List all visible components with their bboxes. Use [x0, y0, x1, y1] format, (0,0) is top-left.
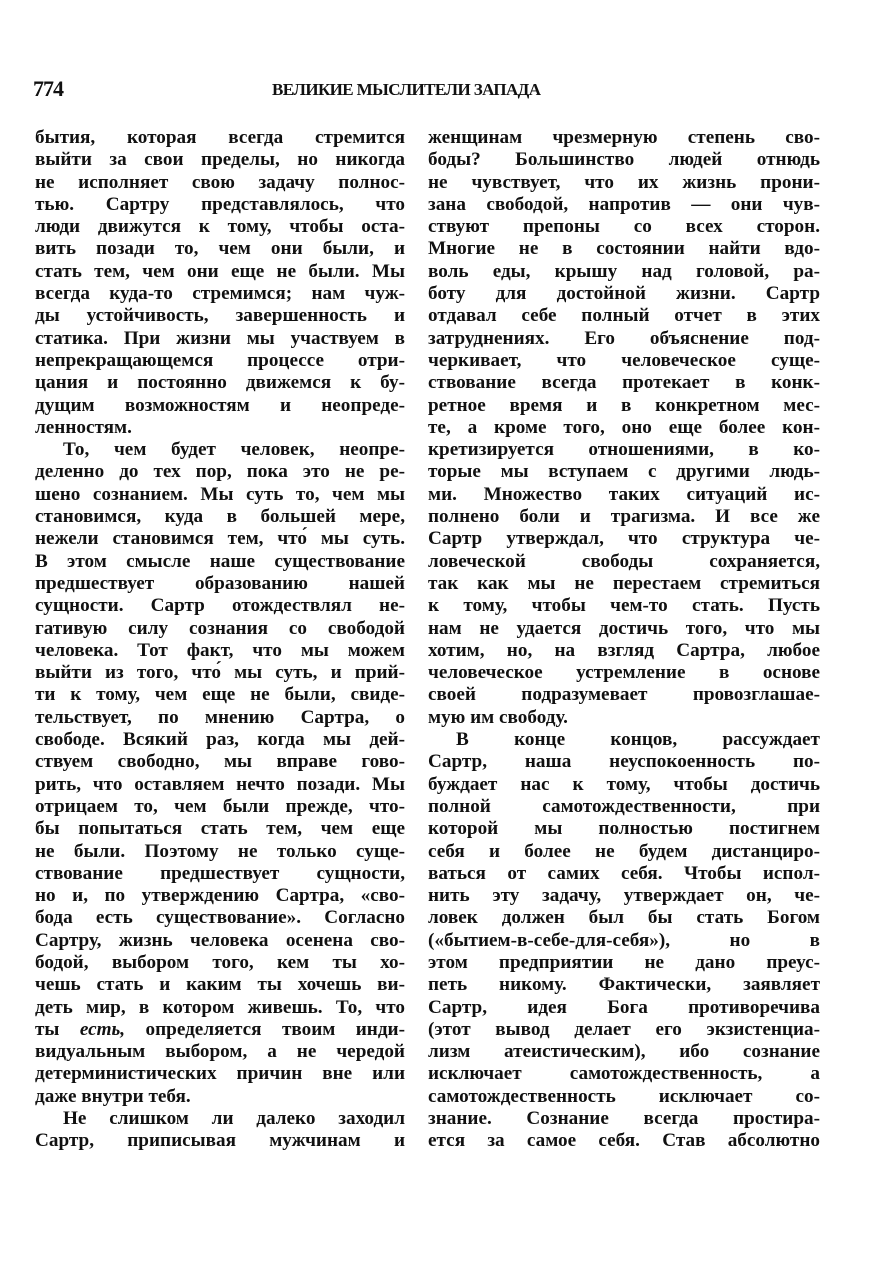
text-line: зана свободой, напротив — они чув- [428, 194, 820, 216]
text-line: боту для достойной жизни. Сартр [428, 283, 820, 305]
text-line: рить, что оставляем нечто позади. Мы [35, 774, 405, 796]
text-line: буждает нас к тому, чтобы достичь [428, 774, 820, 796]
text-line: Сартр утверждал, что структура че- [428, 528, 820, 550]
text-fragment: определяется твоим инди- [125, 1019, 405, 1040]
text-line: статика. При жизни мы участвуем в [35, 328, 405, 350]
text-line: То, чем будет человек, неопре- [35, 439, 405, 461]
text-line: ми. Множество таких ситуаций ис- [428, 484, 820, 506]
text-line: затруднениях. Его объяснение под- [428, 328, 820, 350]
text-line: человеческое устремление в основе [428, 662, 820, 684]
text-line: исключает самотождественность, а [428, 1063, 820, 1085]
text-line: даже внутри тебя. [35, 1086, 405, 1108]
text-line: ствование предшествует сущности, [35, 863, 405, 885]
page-number: 774 [33, 76, 63, 102]
text-line: детерминистических причин вне или [35, 1063, 405, 1085]
text-line: В конце концов, рассуждает [428, 729, 820, 751]
text-line: не были. Поэтому не только суще- [35, 841, 405, 863]
text-line: нам не удается достичь того, что мы [428, 618, 820, 640]
text-line: не исполняет свою задачу полнос- [35, 172, 405, 194]
text-line: люди движутся к тому, чтобы оста- [35, 216, 405, 238]
text-line: бы попытаться стать тем, чем еще [35, 818, 405, 840]
text-line: ленностям. [35, 417, 405, 439]
text-line: человека. Тот факт, что мы можем [35, 640, 405, 662]
text-line: нить эту задачу, утверждает он, че- [428, 885, 820, 907]
text-line: те, а кроме того, оно еще более кон- [428, 417, 820, 439]
text-line: стать тем, чем они еще не были. Мы [35, 261, 405, 283]
text-line: Сартр, идея Бога противоречива [428, 997, 820, 1019]
text-line: Сартр, приписывая мужчинам и [35, 1130, 405, 1152]
text-line: цания и постоянно движемся к бу- [35, 372, 405, 394]
text-line: лизм атеистическим), ибо сознание [428, 1041, 820, 1063]
text-line: выйти за свои пределы, но никогда [35, 149, 405, 171]
left-text-column: бытия, которая всегда стремитсявыйти за … [35, 127, 405, 1153]
text-line: бодой, выбором того, кем ты хо- [35, 952, 405, 974]
text-line: тью. Сартру представлялось, что [35, 194, 405, 216]
text-line: хотим, но, на взгляд Сартра, любое [428, 640, 820, 662]
text-line: ловеческой свободы сохраняется, [428, 551, 820, 573]
text-fragment: ты [35, 1019, 80, 1040]
text-line: В этом смысле наше существование [35, 551, 405, 573]
text-line: бытия, которая всегда стремится [35, 127, 405, 149]
text-line: к тому, чтобы чем-то стать. Пусть [428, 595, 820, 617]
text-line: видуальным выбором, а не чередой [35, 1041, 405, 1063]
text-line: дущим возможностям и неопреде- [35, 395, 405, 417]
text-line: отрицаем то, чем были прежде, что- [35, 796, 405, 818]
text-line: ствуем свободно, мы вправе гово- [35, 751, 405, 773]
text-line: деть мир, в котором живешь. То, что [35, 997, 405, 1019]
text-line: Многие не в состоянии найти вдо- [428, 238, 820, 260]
text-line: Не слишком ли далеко заходил [35, 1108, 405, 1130]
text-line: непрекращающемся процессе отри- [35, 350, 405, 372]
right-text-column: женщинам чрезмерную степень сво-боды? Бо… [428, 127, 820, 1153]
text-line: бода есть существование». Согласно [35, 907, 405, 929]
emphasized-word: есть, [80, 1019, 125, 1040]
text-line: которой мы полностью постигнем [428, 818, 820, 840]
text-line: деленно до тех пор, пока это не ре- [35, 461, 405, 483]
text-line: самотождественность исключает со- [428, 1086, 820, 1108]
text-line: ловек должен был бы стать Богом [428, 907, 820, 929]
text-line: («бытием-в-себе-для-себя»), но в [428, 930, 820, 952]
text-line: ретное время и в конкретном мес- [428, 395, 820, 417]
text-line: полнено боли и трагизма. И все же [428, 506, 820, 528]
text-line: торые мы вступаем с другими людь- [428, 461, 820, 483]
text-line: сущности. Сартр отождествлял не- [35, 595, 405, 617]
text-line: так как мы не перестаем стремиться [428, 573, 820, 595]
text-line: воль еды, крышу над головой, ра- [428, 261, 820, 283]
text-line: свободе. Всякий раз, когда мы дей- [35, 729, 405, 751]
text-line: себя и более не будем дистанциро- [428, 841, 820, 863]
running-header-title: ВЕЛИКИЕ МЫСЛИТЕЛИ ЗАПАДА [272, 80, 540, 100]
text-line: отдавал себе полный отчет в этих [428, 305, 820, 327]
text-line: но и, по утверждению Сартра, «сво- [35, 885, 405, 907]
text-line: полной самотождественности, при [428, 796, 820, 818]
text-line: не чувствует, что их жизнь прони- [428, 172, 820, 194]
text-line: черкивает, что человеческое суще- [428, 350, 820, 372]
text-line: мую им свободу. [428, 707, 820, 729]
text-line: Сартр, наша неуспокоенность по- [428, 751, 820, 773]
text-line: ты есть, определяется твоим инди- [35, 1019, 405, 1041]
text-line: ваться от самих себя. Чтобы испол- [428, 863, 820, 885]
text-line: тельствует, по мнению Сартра, о [35, 707, 405, 729]
text-line: петь никому. Фактически, заявляет [428, 974, 820, 996]
text-line: (этот вывод делает его экзистенциа- [428, 1019, 820, 1041]
text-line: становимся, куда в большей мере, [35, 506, 405, 528]
text-line: ды устойчивость, завершенность и [35, 305, 405, 327]
text-line: ствование всегда протекает в конк- [428, 372, 820, 394]
text-line: предшествует образованию нашей [35, 573, 405, 595]
text-line: выйти из того, что́ мы суть, и прий- [35, 662, 405, 684]
text-line: женщинам чрезмерную степень сво- [428, 127, 820, 149]
text-line: этом предприятии не дано преус- [428, 952, 820, 974]
text-line: вить позади то, чем они были, и [35, 238, 405, 260]
text-line: всегда куда-то стремимся; нам чуж- [35, 283, 405, 305]
text-line: шено сознанием. Мы суть то, чем мы [35, 484, 405, 506]
text-line: ти к тому, чем еще не были, свиде- [35, 684, 405, 706]
text-line: ется за самое себя. Став абсолютно [428, 1130, 820, 1152]
text-line: чешь стать и каким ты хочешь ви- [35, 974, 405, 996]
text-line: боды? Большинство людей отнюдь [428, 149, 820, 171]
text-line: знание. Сознание всегда простира- [428, 1108, 820, 1130]
text-line: гативую силу сознания со свободой [35, 618, 405, 640]
text-line: ствуют препоны со всех сторон. [428, 216, 820, 238]
text-line: своей подразумевает провозглашае- [428, 684, 820, 706]
text-line: Сартру, жизнь человека осенена сво- [35, 930, 405, 952]
text-line: кретизируется отношениями, в ко- [428, 439, 820, 461]
text-line: нежели становимся тем, что́ мы суть. [35, 528, 405, 550]
